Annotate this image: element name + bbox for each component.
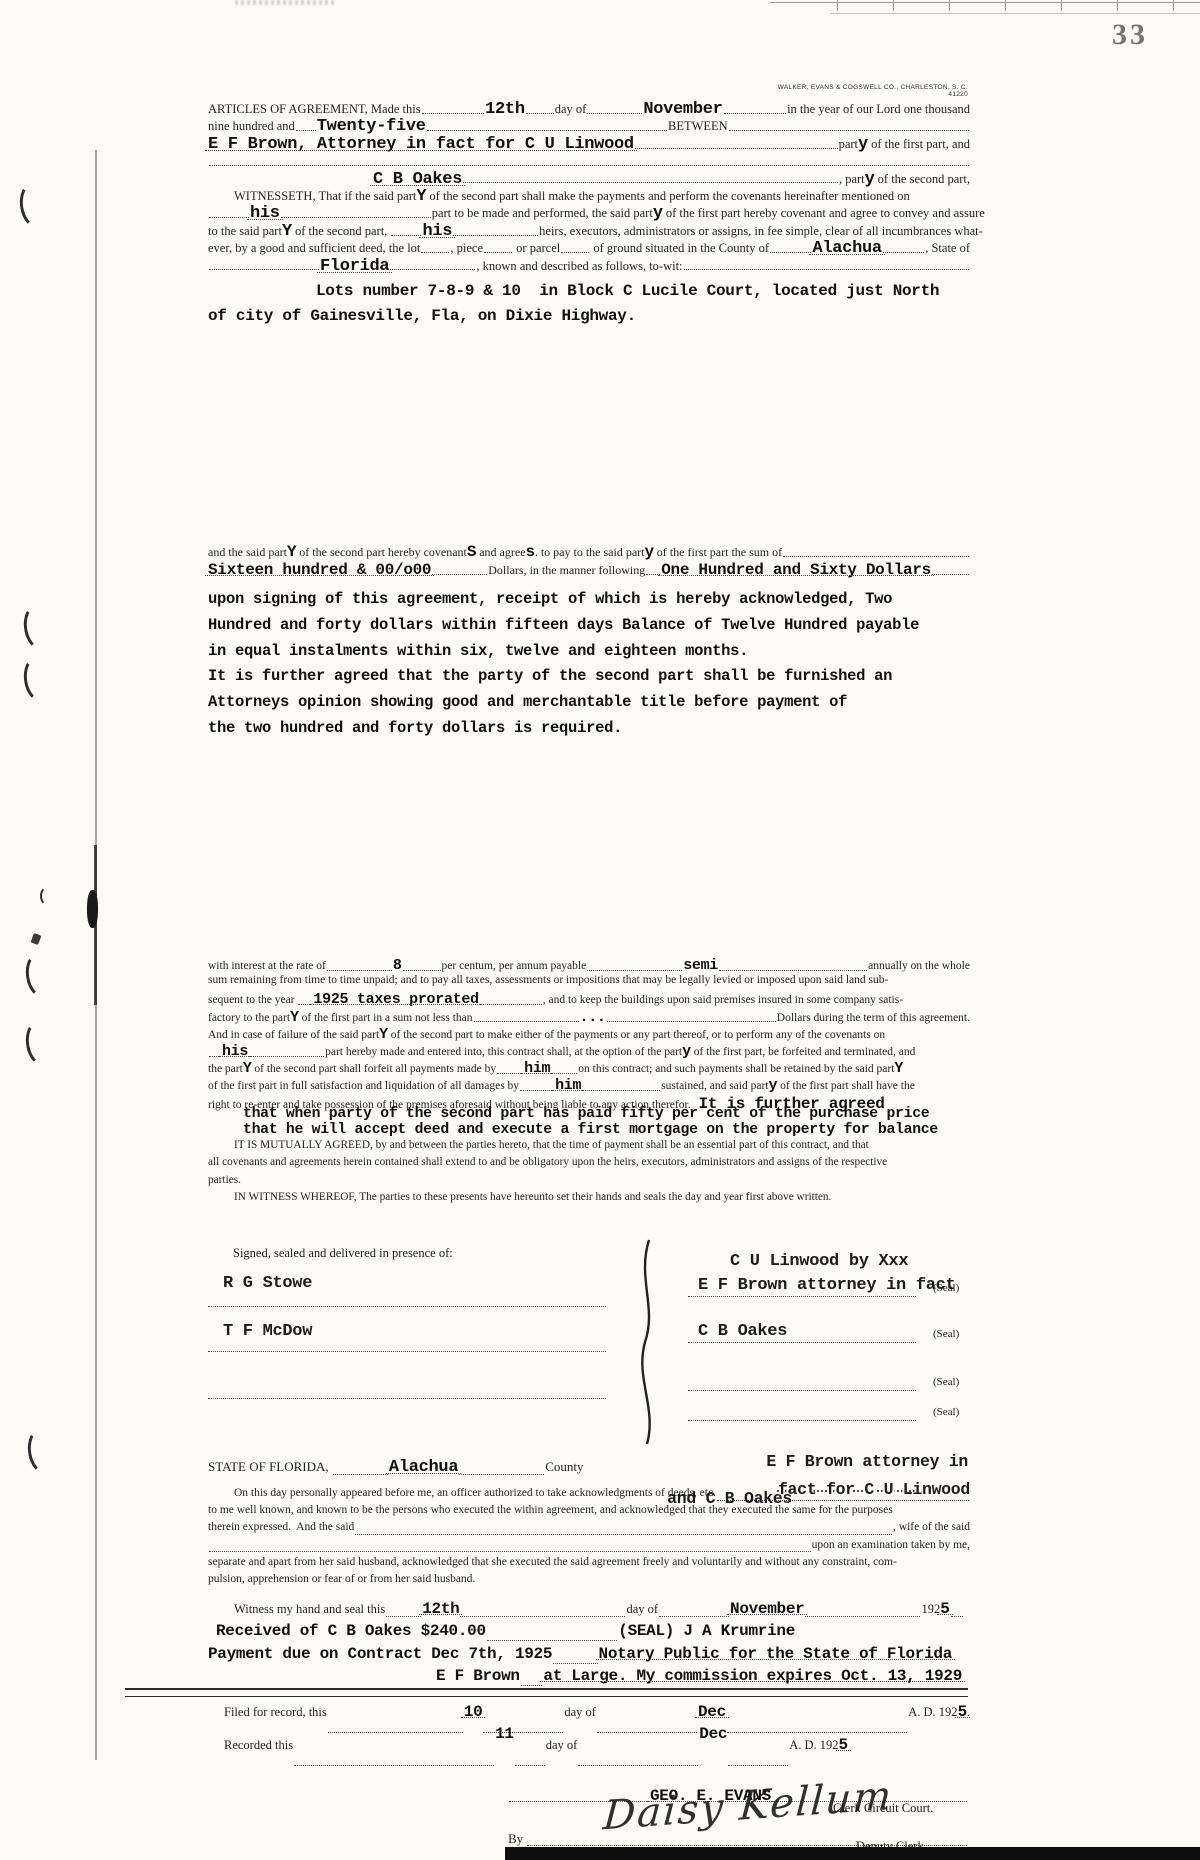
- dotted-leader: [587, 970, 682, 971]
- notary-section: STATE OF FLORIDA, AlachuaCounty E F Brow…: [208, 1458, 970, 1590]
- form-line: E F Brown, Attorney in fact for C U Linw…: [208, 135, 970, 152]
- text-segment: s: [526, 543, 535, 561]
- text-segment: , wife of the said: [893, 1521, 970, 1533]
- dotted-leader: [515, 1765, 545, 1766]
- text-segment: day of: [626, 1602, 658, 1617]
- text-segment: Y: [379, 1026, 388, 1043]
- form-line: in equal instalments within six, twelve …: [208, 642, 970, 668]
- form-line: Filed for record, this10day ofDecA. D. 1…: [208, 1703, 970, 1736]
- text-segment: STATE OF FLORIDA,: [208, 1459, 332, 1475]
- text-segment: BETWEEN: [668, 119, 728, 134]
- text-segment: therein expressed. And the said: [208, 1521, 354, 1533]
- text-segment: the two hundred and forty dollars is req…: [208, 719, 622, 737]
- dotted-leader: [497, 1073, 523, 1074]
- party-line: [688, 1342, 916, 1343]
- scan-artifact-tick: [1005, 0, 1006, 11]
- scan-artifact-tick: [1061, 0, 1062, 11]
- text-segment: part: [839, 137, 858, 152]
- text-segment: WITNESSETH, That if the said part: [234, 189, 416, 204]
- form-line: sum remaining from time to time unpaid; …: [208, 974, 970, 991]
- form-line: of city of Gainesville, Fla, on Dixie Hi…: [208, 307, 970, 332]
- text-segment: E F Brown: [436, 1667, 520, 1685]
- text-segment: and the said part: [208, 545, 287, 560]
- mortgage-insertion-typed: that when party of the second part has p…: [208, 1106, 970, 1138]
- notary-paragraph: On this day personally appeared before m…: [208, 1487, 970, 1590]
- text-segment: Y: [290, 1009, 299, 1026]
- dotted-leader: [582, 1090, 660, 1091]
- text-segment: County: [545, 1459, 583, 1475]
- dotted-leader: [209, 165, 969, 166]
- dotted-leader: [526, 113, 554, 114]
- text-segment: on this contract; and such payments shal…: [578, 1063, 894, 1075]
- form-line: of the first part in full satisfaction a…: [208, 1077, 970, 1094]
- deputy-clerk-signature: Daisy Kellum: [602, 1773, 895, 1840]
- text-segment: One Hundred and Sixty Dollars: [661, 561, 931, 579]
- dotted-leader: [578, 1765, 698, 1766]
- dotted-leader: [484, 252, 512, 253]
- form-line: with interest at the rate of8per centum,…: [208, 957, 970, 974]
- dotted-leader: [460, 1616, 625, 1617]
- text-segment: upon an examination taken by me,: [812, 1539, 970, 1551]
- form-line: ever, by a good and sufficient deed, the…: [208, 239, 970, 256]
- text-segment: On this day personally appeared before m…: [234, 1487, 716, 1499]
- form-line: that when party of the second part has p…: [208, 1106, 970, 1122]
- filing-section: Filed for record, this10day ofDecA. D. 1…: [208, 1703, 970, 1769]
- text-segment: , part: [839, 172, 865, 187]
- text-segment: semi: [683, 957, 718, 974]
- form-line: all covenants and agreements herein cont…: [208, 1156, 970, 1173]
- text-segment: S: [467, 543, 476, 561]
- dotted-leader: [327, 970, 392, 971]
- text-segment: 5: [940, 1600, 949, 1618]
- dotted-leader: [209, 1551, 811, 1552]
- text-segment: Dollars during the term of this agreemen…: [777, 1012, 970, 1024]
- text-segment: of the second part shall make the paymen…: [426, 189, 910, 204]
- dotted-leader: [719, 970, 867, 971]
- dotted-leader: [659, 1616, 729, 1617]
- party-signature: E F Brown attorney in fact: [698, 1276, 955, 1295]
- separator-rule: [125, 1688, 968, 1697]
- text-segment: Y: [416, 187, 426, 206]
- text-segment: November: [643, 100, 722, 119]
- form-line: hispart to be made and performed, the sa…: [208, 204, 970, 221]
- dotted-leader: [386, 1616, 421, 1617]
- notary-overlay-typed: fact for C U Linwood: [778, 1480, 970, 1499]
- text-segment: part to be made and performed, the said …: [432, 206, 653, 221]
- form-line: Attorneys opinion showing good and merch…: [208, 693, 970, 719]
- text-segment: 8: [393, 957, 402, 974]
- text-segment: IN WITNESS WHEREOF, The parties to these…: [234, 1191, 831, 1203]
- form-line: Florida, known and described as follows,…: [208, 257, 970, 274]
- dotted-leader: [805, 1616, 920, 1617]
- dotted-leader: [727, 1732, 907, 1733]
- text-segment: sequent to the year: [208, 994, 297, 1006]
- punch-hole-mark: [25, 1426, 61, 1476]
- form-line: upon an examination taken by me,: [208, 1539, 970, 1556]
- text-segment: upon signing of this agreement, receipt …: [208, 590, 892, 608]
- dotted-leader: [209, 217, 249, 218]
- text-segment: Dec: [699, 1725, 727, 1743]
- scan-artifact-tick: [837, 0, 838, 11]
- text-segment: of the second part hereby covenant: [296, 545, 467, 560]
- text-segment: IT IS MUTUALLY AGREED, by and between th…: [234, 1139, 869, 1151]
- text-segment: that he will accept deed and execute a f…: [243, 1122, 938, 1138]
- opening-paragraph: ARTICLES OF AGREEMENT, Made this12thday …: [208, 100, 970, 274]
- text-segment: his: [250, 204, 280, 223]
- text-segment: Y: [282, 222, 292, 241]
- dotted-leader: [294, 1765, 494, 1766]
- dotted-leader: [209, 269, 319, 270]
- text-segment: A. D. 192: [908, 1705, 957, 1720]
- dotted-leader: [249, 1056, 324, 1057]
- brace-mark: [633, 1238, 663, 1446]
- party-signature: C B Oakes: [698, 1322, 787, 1341]
- form-line: that he will accept deed and execute a f…: [208, 1122, 970, 1138]
- notary-overlay-typed: E F Brown attorney in: [766, 1452, 968, 1471]
- dotted-leader: [480, 1004, 542, 1005]
- dotted-leader: [463, 182, 838, 183]
- text-segment: in equal instalments within six, twelve …: [208, 642, 748, 660]
- form-line: nine hundred andTwenty-fiveBETWEEN: [208, 117, 970, 134]
- text-segment: of the first part hereby covenant and ag…: [663, 206, 985, 221]
- scan-artifact-topline: [770, 2, 1200, 3]
- text-segment: 12th: [485, 100, 525, 119]
- text-segment: of the second part shall forfeit all pay…: [252, 1063, 497, 1075]
- form-line: upon signing of this agreement, receipt …: [208, 590, 970, 616]
- text-segment: y: [653, 204, 663, 223]
- dotted-leader: [729, 130, 969, 131]
- interest-paragraph: with interest at the rate of8per centum,…: [208, 957, 970, 1112]
- dotted-leader: [520, 1090, 554, 1091]
- text-segment: of ground situated in the County of: [590, 241, 769, 256]
- text-segment: Alachua: [389, 1458, 458, 1477]
- witness-signature: R G Stowe: [223, 1274, 312, 1293]
- form-line: Hundred and forty dollars within fifteen…: [208, 616, 970, 642]
- form-line: Payment due on Contract Dec 7th, 1925Not…: [208, 1645, 970, 1668]
- dotted-leader: [724, 113, 787, 114]
- dotted-leader: [421, 252, 449, 253]
- dotted-leader: [355, 1534, 892, 1535]
- text-segment: day of: [564, 1705, 596, 1720]
- text-segment: of city of Gainesville, Fla, on Dixie Hi…: [208, 307, 636, 325]
- dotted-leader: [783, 556, 969, 557]
- witness-line: [208, 1398, 606, 1399]
- scan-artifact-tick: [1117, 0, 1118, 11]
- text-segment: heirs, executors, administrators or assi…: [539, 224, 983, 239]
- text-segment: him: [524, 1060, 550, 1077]
- text-segment: y: [682, 1043, 691, 1060]
- text-segment: Received of C B Oakes $240.00: [216, 1622, 486, 1640]
- text-segment: or parcel: [513, 241, 560, 256]
- text-segment: , piece: [450, 241, 483, 256]
- notary-overlay-typed: and C B Oakes: [667, 1489, 792, 1508]
- punch-hole-mark: [21, 654, 57, 704]
- text-segment: Witness my hand and seal this: [234, 1602, 385, 1617]
- dotted-leader: [391, 235, 421, 236]
- text-segment: annually on the whole: [868, 960, 970, 972]
- text-segment: . to pay to the said part: [535, 545, 645, 560]
- text-segment: Y: [894, 1060, 903, 1077]
- form-line: E F Brownat Large. My commission expires…: [208, 1667, 970, 1690]
- text-segment: day of: [546, 1738, 578, 1753]
- witness-hand-line: Witness my hand and seal this12thday ofN…: [208, 1600, 970, 1620]
- text-segment: A. D. 192: [789, 1738, 838, 1753]
- text-segment: and agree: [476, 545, 525, 560]
- text-segment: of the first part shall have the: [777, 1080, 915, 1092]
- text-segment: And in case of failure of the said part: [208, 1029, 379, 1041]
- dotted-leader: [597, 1732, 697, 1733]
- witness-signature: T F McDow: [223, 1322, 312, 1341]
- party-line: [688, 1420, 916, 1421]
- text-segment: the part: [208, 1063, 243, 1075]
- text-segment: Twenty-five: [317, 117, 426, 136]
- text-segment: E F Brown, Attorney in fact for C U Linw…: [208, 135, 634, 154]
- text-segment: of the first part, and: [868, 137, 970, 152]
- text-segment: Notary Public for the State of Florida: [599, 1645, 952, 1663]
- form-line: Witness my hand and seal this12thday ofN…: [208, 1600, 970, 1620]
- text-segment: Payment due on Contract Dec 7th, 1925: [208, 1645, 552, 1663]
- dotted-leader: [333, 1474, 388, 1475]
- form-line: pulsion, apprehension or fear of or from…: [208, 1573, 970, 1590]
- dotted-leader: [422, 113, 485, 114]
- form-line: ARTICLES OF AGREEMENT, Made this12thday …: [208, 100, 970, 117]
- text-segment: y: [858, 135, 868, 154]
- dotted-leader: [553, 1663, 597, 1664]
- text-segment: in the year of our Lord one thousand: [787, 102, 970, 117]
- form-line: IN WITNESS WHEREOF, The parties to these…: [208, 1191, 970, 1208]
- form-line: Lots number 7-8-9 & 10 in Block C Lucile…: [208, 282, 970, 307]
- text-segment: Florida: [320, 257, 389, 276]
- dotted-leader: [951, 1616, 963, 1617]
- dotted-leader: [587, 113, 642, 114]
- dotted-leader: [403, 970, 441, 971]
- dotted-leader: [521, 1685, 543, 1686]
- text-segment: C B Oakes: [373, 170, 462, 189]
- witness-line: [208, 1306, 606, 1307]
- dotted-leader: [607, 1021, 776, 1022]
- form-line: And in case of failure of the said partY…: [208, 1026, 970, 1043]
- payment-clause: and the said partY of the second part he…: [208, 543, 970, 578]
- text-segment: Sixteen hundred & 00/o00: [208, 561, 431, 579]
- text-segment: 10: [464, 1703, 483, 1721]
- text-segment: his: [422, 222, 452, 241]
- text-segment: Attorneys opinion showing good and merch…: [208, 693, 847, 711]
- scanned-deed-document: 33 WALKER, EVANS & COGSWELL CO., CHARLES…: [0, 0, 1200, 1860]
- seal-label: (Seal): [933, 1328, 959, 1340]
- text-segment: his: [222, 1043, 248, 1060]
- form-line: sequent to the year 1925 taxes prorated,…: [208, 991, 970, 1008]
- text-segment: sustained, and said part: [661, 1080, 768, 1092]
- scan-artifact-tick: [949, 0, 950, 11]
- text-segment: parties.: [208, 1174, 241, 1186]
- receipt-typed-block: Received of C B Oakes $240.00(SEAL) J A …: [208, 1622, 970, 1690]
- text-segment: that when party of the second part has p…: [243, 1106, 929, 1122]
- text-segment: to the said part: [208, 224, 282, 239]
- text-segment: (SEAL) J A Krumrine: [618, 1622, 795, 1640]
- text-segment: per centum, per annum payable: [442, 960, 587, 972]
- text-segment: Y: [243, 1060, 252, 1077]
- text-segment: Hundred and forty dollars within fifteen…: [208, 616, 919, 634]
- form-line: Received of C B Oakes $240.00(SEAL) J A …: [208, 1622, 970, 1645]
- text-segment: November: [730, 1600, 804, 1618]
- form-line: the two hundred and forty dollars is req…: [208, 719, 970, 745]
- form-line: and the said partY of the second part he…: [208, 543, 970, 561]
- text-segment: It is further agreed that the party of t…: [208, 667, 892, 685]
- text-segment: separate and apart from her said husband…: [208, 1556, 897, 1568]
- form-line: parties.: [208, 1174, 970, 1191]
- witness-seal-section: Witness my hand and seal this12thday ofN…: [208, 1600, 970, 1690]
- mutual-agreement-paragraph: IT IS MUTUALLY AGREED, by and between th…: [208, 1139, 970, 1208]
- dotted-leader: [487, 1640, 618, 1641]
- form-line: Sixteen hundred & 00/o00Dollars, in the …: [208, 561, 970, 579]
- text-segment: 5: [839, 1736, 848, 1754]
- text-segment: Lots number 7-8-9 & 10 in Block C Lucile…: [316, 282, 939, 300]
- punch-hole-mark: [21, 602, 57, 652]
- text-segment: Recorded this: [224, 1738, 293, 1753]
- text-segment: By: [508, 1831, 526, 1847]
- presence-label: Signed, sealed and delivered in presence…: [233, 1246, 453, 1261]
- form-line: separate and apart from her said husband…: [208, 1556, 970, 1573]
- text-segment: of the second part,: [292, 224, 391, 239]
- text-segment: Y: [287, 543, 296, 561]
- seal-label: (Seal): [933, 1282, 959, 1294]
- form-line: to the said partY of the second part, hi…: [208, 222, 970, 239]
- punch-hole-mark: [23, 1018, 59, 1068]
- form-line: It is further agreed that the party of t…: [208, 667, 970, 693]
- text-segment: Dollars, in the manner following: [488, 563, 645, 578]
- text-segment: 1925 taxes prorated: [313, 991, 478, 1008]
- scan-artifact-blob: [87, 890, 98, 928]
- form-line: [208, 152, 970, 169]
- text-segment: of the second part,: [875, 172, 970, 187]
- scan-artifact-speck: [31, 933, 42, 945]
- dotted-leader: [551, 1073, 577, 1074]
- scan-artifact-tick: [1173, 0, 1174, 11]
- form-line: to me well known, and known to be the pe…: [208, 1504, 970, 1521]
- dotted-leader: [561, 252, 589, 253]
- witness-line: [208, 1351, 606, 1352]
- form-line: hispart hereby made and entered into, th…: [208, 1043, 970, 1060]
- text-segment: ever, by a good and sufficient deed, the…: [208, 241, 420, 256]
- form-line: WITNESSETH, That if the said partY of th…: [208, 187, 970, 204]
- punch-hole-mark-small: [40, 886, 56, 906]
- punch-hole-mark: [23, 950, 59, 1000]
- scan-artifact-smudge: [235, 0, 335, 5]
- text-segment: pulsion, apprehension or fear of or from…: [208, 1573, 475, 1585]
- dotted-leader: [684, 269, 969, 270]
- form-line: the partY of the second part shall forfe…: [208, 1060, 970, 1077]
- dotted-leader: [427, 130, 667, 131]
- text-segment: 5: [958, 1703, 967, 1721]
- dotted-leader: [635, 148, 838, 149]
- text-segment: of the second part to make either of the…: [388, 1029, 885, 1041]
- text-segment: Alachua: [812, 239, 881, 258]
- text-segment: y: [865, 170, 875, 189]
- scan-artifact-tick: [893, 0, 894, 11]
- text-segment: Dec: [698, 1703, 726, 1721]
- dotted-leader: [770, 252, 811, 253]
- party-name-above: C U Linwood by Xxx: [730, 1252, 908, 1271]
- seal-label: (Seal): [933, 1376, 959, 1388]
- text-segment: at Large. My commission expires Oct. 13,…: [543, 1667, 962, 1685]
- dotted-leader: [281, 217, 431, 218]
- party-line: [688, 1296, 916, 1297]
- text-segment: all covenants and agreements herein cont…: [208, 1156, 887, 1168]
- text-segment: day of: [555, 102, 587, 117]
- payment-terms-typed: upon signing of this agreement, receipt …: [208, 590, 970, 745]
- text-segment: factory to the part: [208, 1012, 290, 1024]
- dotted-leader: [883, 252, 924, 253]
- page-number: 33: [1112, 18, 1148, 52]
- text-segment: y: [644, 543, 653, 561]
- punch-hole-mark: [17, 180, 53, 230]
- scan-artifact-topline-2: [830, 13, 1200, 14]
- form-line: IT IS MUTUALLY AGREED, by and between th…: [208, 1139, 970, 1156]
- text-segment: of the first part in a sum not less than: [299, 1012, 473, 1024]
- text-segment: with interest at the rate of: [208, 960, 326, 972]
- dotted-leader: [296, 130, 316, 131]
- text-segment: ...: [580, 1009, 606, 1026]
- text-segment: sum remaining from time to time unpaid; …: [208, 974, 888, 986]
- text-segment: y: [768, 1077, 777, 1094]
- text-segment: of the first part in full satisfaction a…: [208, 1080, 519, 1092]
- text-segment: , known and described as follows, to-wit…: [476, 259, 682, 274]
- text-segment: , and to keep the buildings upon said pr…: [543, 994, 903, 1006]
- text-segment: 12th: [422, 1600, 459, 1618]
- text-segment: part hereby made and entered into, this …: [325, 1046, 682, 1058]
- dotted-leader: [453, 235, 538, 236]
- dotted-leader: [328, 1732, 463, 1733]
- seal-label: (Seal): [933, 1406, 959, 1418]
- dotted-leader: [728, 1765, 788, 1766]
- text-segment: of the first part the sum of: [654, 545, 782, 560]
- form-line: factory to the partY of the first part i…: [208, 1009, 970, 1026]
- form-line: C B Oakes, party of the second part,: [208, 170, 970, 187]
- text-segment: Filed for record, this: [224, 1705, 327, 1720]
- form-line: therein expressed. And the said, wife of…: [208, 1521, 970, 1538]
- text-segment: 11: [495, 1725, 514, 1743]
- signature-block: Signed, sealed and delivered in presence…: [208, 1238, 970, 1453]
- scan-artifact-bottom-strip: [505, 1847, 1200, 1860]
- text-segment: nine hundred and: [208, 119, 295, 134]
- text-segment: him: [555, 1077, 581, 1094]
- dotted-leader: [932, 574, 969, 575]
- form-line: Recorded this11day ofDecA. D. 1925: [208, 1736, 970, 1769]
- printer-mark: WALKER, EVANS & COGSWELL CO., CHARLESTON…: [765, 84, 968, 98]
- property-description: Lots number 7-8-9 & 10 in Block C Lucile…: [208, 282, 970, 332]
- text-segment: of the first part, be forfeited and term…: [691, 1046, 915, 1058]
- party-line: [688, 1390, 916, 1391]
- dotted-leader: [432, 574, 487, 575]
- text-segment: ARTICLES OF AGREEMENT, Made this: [208, 102, 421, 117]
- dotted-leader: [390, 269, 475, 270]
- text-segment: , State of: [925, 241, 970, 256]
- dotted-leader: [459, 1474, 544, 1475]
- dotted-leader: [474, 1021, 579, 1022]
